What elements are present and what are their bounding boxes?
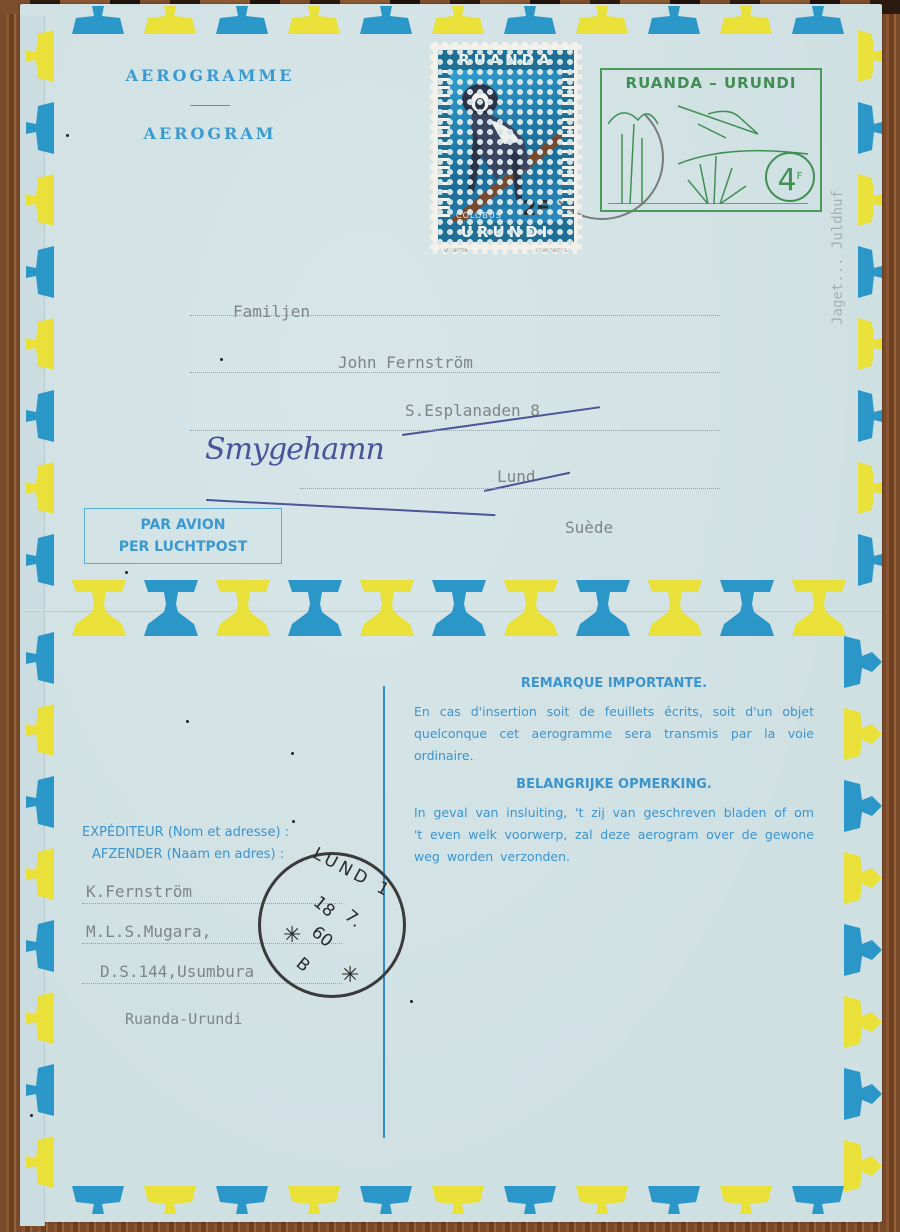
border-glyph-right <box>844 1140 882 1192</box>
border-glyph-bottom <box>504 1186 556 1214</box>
sender-line-4: Ruanda-Urundi <box>125 1010 242 1028</box>
border-glyph-middle <box>504 580 558 636</box>
stamp-country-top: RUANDA <box>438 50 574 70</box>
airmail-label: PAR AVION PER LUCHTPOST <box>84 508 282 564</box>
important-notice: REMARQUE IMPORTANTE. En cas d'insertion … <box>414 676 814 878</box>
border-glyph-top <box>792 6 844 34</box>
border-glyph-left <box>26 1136 54 1188</box>
border-glyph-left <box>26 318 54 370</box>
border-glyph-bottom <box>576 1186 628 1214</box>
border-glyph-middle <box>288 580 342 636</box>
border-glyph-bottom <box>360 1186 412 1214</box>
notice-body-nl: In geval van insluiting, 't zij van gesc… <box>414 802 814 868</box>
recipient-line-2: John Fernström <box>338 353 473 372</box>
border-glyph-middle <box>360 580 414 636</box>
indicium-value: 4F <box>765 152 815 202</box>
border-glyph-top <box>576 6 628 34</box>
border-glyph-top <box>432 6 484 34</box>
border-glyph-top <box>72 6 124 34</box>
border-glyph-right <box>844 996 882 1048</box>
stamp-side-pattern <box>562 70 574 222</box>
border-glyph-left <box>26 174 54 226</box>
indicium-value-number: 4 <box>778 163 797 198</box>
postmark-year: 60 <box>307 922 336 951</box>
sender-line-1: K.Fernström <box>86 882 192 901</box>
indicium-value-unit: F <box>797 171 803 182</box>
paper-speck <box>30 1114 33 1117</box>
border-glyph-left <box>26 246 54 298</box>
paper-speck <box>292 820 295 823</box>
title-french: AEROGRAMME <box>100 66 320 85</box>
border-glyph-left <box>26 920 54 972</box>
recipient-line-1: Familjen <box>233 302 310 321</box>
stamp-printer-imprint: COURVOISIER S.A. <box>536 248 572 253</box>
handwritten-redirect: Smygehamn <box>205 432 384 467</box>
border-glyph-left <box>26 848 54 900</box>
border-glyph-bottom <box>288 1186 340 1214</box>
sender-label-fr: EXPÉDITEUR (Nom et adresse) : <box>82 822 289 844</box>
border-glyph-right <box>858 534 882 586</box>
stamp-side-pattern <box>438 70 450 222</box>
border-glyph-top <box>216 6 268 34</box>
border-glyph-right <box>858 174 882 226</box>
postmark-day: 18 <box>309 892 338 921</box>
border-glyph-left <box>26 776 54 828</box>
border-glyph-middle <box>432 580 486 636</box>
border-glyph-right <box>844 924 882 976</box>
border-glyph-left <box>26 102 54 154</box>
recipient-country: Suède <box>565 518 613 537</box>
border-glyph-bottom <box>144 1186 196 1214</box>
sender-label-nl: AFZENDER (Naam en adres) : <box>82 844 289 866</box>
border-glyph-right <box>858 30 882 82</box>
paper-speck <box>291 752 294 755</box>
border-glyph-top <box>288 6 340 34</box>
border-glyph-top <box>360 6 412 34</box>
border-glyph-middle <box>576 580 630 636</box>
sender-line-2: M.L.S.Mugara, <box>86 922 211 941</box>
border-glyph-right <box>858 246 882 298</box>
border-glyph-right <box>844 1068 882 1120</box>
border-glyph-right <box>844 636 882 688</box>
postmark-month: 7. <box>340 906 365 932</box>
title-dutch: AEROGRAM <box>100 124 320 143</box>
border-glyph-bottom <box>432 1186 484 1214</box>
border-glyph-top <box>144 6 196 34</box>
border-glyph-left <box>26 1064 54 1116</box>
stamp-country-bottom: URUNDI <box>438 222 574 242</box>
address-guideline <box>190 372 720 373</box>
paper-speck <box>186 720 189 723</box>
border-glyph-middle <box>216 580 270 636</box>
paper-speck <box>125 571 128 574</box>
border-glyph-middle <box>648 580 702 636</box>
printed-indicium: RUANDA – URUNDI 4F <box>600 68 822 212</box>
airmail-label-nl: PER LUCHTPOST <box>85 536 281 558</box>
stamp-value: 2F <box>522 196 550 220</box>
border-glyph-left <box>26 390 54 442</box>
border-glyph-middle <box>720 580 774 636</box>
adhesive-stamp: RUANDA COLOBUS 2F URUNDI J. VAN NOTEN CO… <box>430 42 582 254</box>
notice-heading-fr: REMARQUE IMPORTANTE. <box>414 676 814 691</box>
address-guideline <box>300 488 720 489</box>
address-guideline <box>190 315 720 316</box>
border-glyph-left <box>26 30 54 82</box>
paper-speck <box>220 358 223 361</box>
border-glyph-top <box>504 6 556 34</box>
postmark: LUND 1 18 7. 60 ✳ B ✳ <box>258 852 406 998</box>
border-glyph-bottom <box>720 1186 772 1214</box>
border-glyph-right <box>844 780 882 832</box>
title-divider <box>190 105 230 106</box>
border-glyph-top <box>720 6 772 34</box>
postmark-star-right: ✳ <box>341 963 359 988</box>
sender-line-3: D.S.144,Usumbura <box>100 962 254 981</box>
paper-speck <box>410 1000 413 1003</box>
postmark-star-left: ✳ <box>283 923 301 948</box>
border-glyph-right <box>844 708 882 760</box>
stamp-designer-imprint: J. VAN NOTEN <box>440 248 467 253</box>
border-glyph-right <box>858 462 882 514</box>
address-guideline <box>190 430 720 431</box>
border-glyph-left <box>26 704 54 756</box>
border-glyph-middle <box>792 580 846 636</box>
border-glyph-right <box>858 390 882 442</box>
border-glyph-top <box>648 6 700 34</box>
sender-label: EXPÉDITEUR (Nom et adresse) : AFZENDER (… <box>82 822 289 866</box>
postmark-code: B <box>292 954 314 977</box>
notice-heading-nl: BELANGRIJKE OPMERKING. <box>414 777 814 792</box>
airmail-label-fr: PAR AVION <box>85 514 281 536</box>
border-glyph-left <box>26 534 54 586</box>
border-glyph-right <box>858 102 882 154</box>
aerogramme-title: AEROGRAMME AEROGRAM <box>100 66 320 143</box>
indicium-country: RUANDA – URUNDI <box>602 74 820 92</box>
border-glyph-right <box>844 852 882 904</box>
border-glyph-middle <box>72 580 126 636</box>
notice-body-fr: En cas d'insertion soit de feuillets écr… <box>414 701 814 767</box>
border-glyph-bottom <box>216 1186 268 1214</box>
border-glyph-middle <box>144 580 198 636</box>
stamp-caption: COLOBUS <box>456 211 502 220</box>
stamp-frame: RUANDA COLOBUS 2F URUNDI <box>438 50 574 242</box>
border-glyph-left <box>26 992 54 1044</box>
border-glyph-right <box>858 318 882 370</box>
paper-speck <box>66 134 69 137</box>
border-glyph-bottom <box>72 1186 124 1214</box>
border-glyph-bottom <box>792 1186 844 1214</box>
border-glyph-left <box>26 632 54 684</box>
border-glyph-left <box>26 462 54 514</box>
margin-typed-text: Jaget... Juldhuf <box>830 190 846 325</box>
border-glyph-bottom <box>648 1186 700 1214</box>
